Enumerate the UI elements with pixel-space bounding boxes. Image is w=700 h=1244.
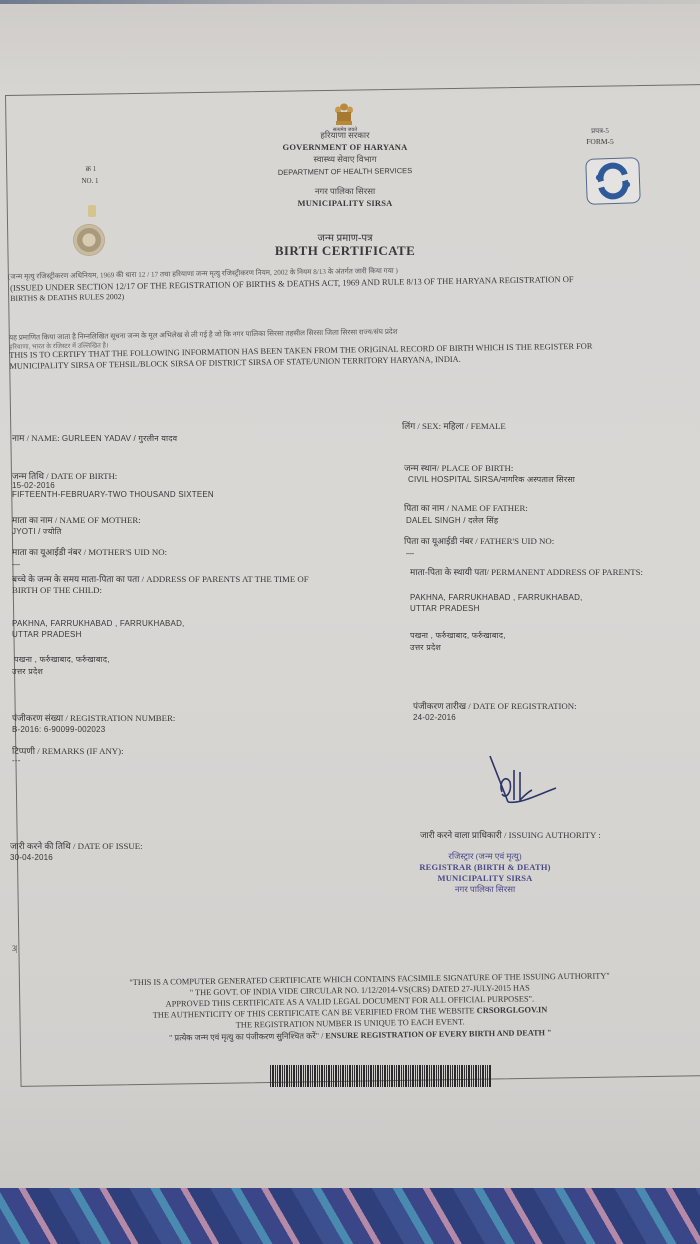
barcode-bar — [272, 1065, 274, 1087]
barcode-bar — [317, 1065, 318, 1087]
barcode-bar — [410, 1065, 411, 1087]
barcode-bar — [296, 1065, 297, 1087]
barcode-bar — [408, 1065, 409, 1087]
barcode-bar — [464, 1065, 465, 1087]
barcode-bar — [433, 1065, 435, 1087]
barcode-bar — [335, 1065, 337, 1087]
barcode-bar — [349, 1065, 351, 1087]
barcode-bar — [419, 1065, 421, 1087]
barcode-bar — [468, 1065, 470, 1087]
barcode-bar — [326, 1065, 327, 1087]
barcode-bar — [345, 1065, 346, 1087]
barcode-bar — [422, 1065, 423, 1087]
barcode-bar — [366, 1065, 367, 1087]
barcode-bar — [389, 1065, 390, 1087]
barcode-bar — [401, 1065, 402, 1087]
barcode-bar — [361, 1065, 362, 1087]
barcode-bar — [354, 1065, 355, 1087]
barcode-bar — [324, 1065, 325, 1087]
barcode-bar — [380, 1065, 381, 1087]
barcode-bar — [333, 1065, 334, 1087]
barcode-bar — [363, 1065, 365, 1087]
barcode-bar — [405, 1065, 407, 1087]
barcode-bar — [352, 1065, 353, 1087]
barcode-bar — [277, 1065, 278, 1087]
footer-slogan-hi: " प्रत्येक जन्म एवं मृत्यु का पंजीकरण सु… — [169, 1031, 323, 1042]
barcode-bar — [305, 1065, 306, 1087]
barcode-bar — [387, 1065, 388, 1087]
barcode-bar — [293, 1065, 295, 1087]
barcode-bar — [450, 1065, 451, 1087]
barcode-bar — [284, 1065, 285, 1087]
barcode-bar — [319, 1065, 320, 1087]
barcode-bar — [415, 1065, 416, 1087]
barcode-bar — [436, 1065, 437, 1087]
barcode-bar — [457, 1065, 458, 1087]
barcode — [270, 1065, 495, 1087]
barcode-bar — [396, 1065, 397, 1087]
barcode-bar — [471, 1065, 472, 1087]
barcode-bar — [338, 1065, 339, 1087]
barcode-bar — [314, 1065, 316, 1087]
barcode-bar — [452, 1065, 453, 1087]
barcode-bar — [321, 1065, 323, 1087]
barcode-bar — [328, 1065, 330, 1087]
barcode-bar — [347, 1065, 348, 1087]
barcode-bar — [473, 1065, 474, 1087]
barcode-bar — [403, 1065, 404, 1087]
barcode-bar — [384, 1065, 386, 1087]
barcode-bar — [300, 1065, 302, 1087]
barcode-bar — [461, 1065, 463, 1087]
barcode-bar — [440, 1065, 442, 1087]
barcode-bar — [342, 1065, 344, 1087]
barcode-bar — [412, 1065, 414, 1087]
barcode-bar — [370, 1065, 372, 1087]
footer-website-link[interactable]: CRSORGI.GOV.IN — [477, 1005, 548, 1015]
barcode-bar — [310, 1065, 311, 1087]
barcode-bar — [375, 1065, 376, 1087]
barcode-bar — [282, 1065, 283, 1087]
barcode-bar — [438, 1065, 439, 1087]
barcode-bar — [356, 1065, 358, 1087]
barcode-bar — [447, 1065, 449, 1087]
barcode-bar — [445, 1065, 446, 1087]
barcode-bar — [286, 1065, 288, 1087]
barcode-bar — [459, 1065, 460, 1087]
barcode-bar — [426, 1065, 428, 1087]
barcode-bar — [480, 1065, 481, 1087]
barcode-bar — [489, 1065, 491, 1087]
barcode-bar — [485, 1065, 486, 1087]
barcode-bar — [424, 1065, 425, 1087]
barcode-bar — [482, 1065, 484, 1087]
barcode-bar — [382, 1065, 383, 1087]
footer-slogan-en: ENSURE REGISTRATION OF EVERY BIRTH AND D… — [325, 1028, 551, 1040]
barcode-bar — [270, 1065, 271, 1087]
barcode-bar — [312, 1065, 313, 1087]
barcode-bar — [466, 1065, 467, 1087]
barcode-bar — [359, 1065, 360, 1087]
barcode-bar — [377, 1065, 379, 1087]
barcode-bar — [394, 1065, 395, 1087]
barcode-bar — [368, 1065, 369, 1087]
barcode-bar — [391, 1065, 393, 1087]
barcode-bar — [417, 1065, 418, 1087]
barcode-bar — [398, 1065, 400, 1087]
barcode-bar — [429, 1065, 430, 1087]
barcode-bar — [340, 1065, 341, 1087]
barcode-bar — [443, 1065, 444, 1087]
barcode-bar — [279, 1065, 281, 1087]
barcode-bar — [373, 1065, 374, 1087]
barcode-bar — [331, 1065, 332, 1087]
barcode-bar — [454, 1065, 456, 1087]
barcode-bar — [298, 1065, 299, 1087]
barcode-bar — [289, 1065, 290, 1087]
barcode-bar — [478, 1065, 479, 1087]
barcode-bar — [431, 1065, 432, 1087]
barcode-bar — [275, 1065, 276, 1087]
barcode-bar — [307, 1065, 309, 1087]
barcode-bar — [487, 1065, 488, 1087]
barcode-bar — [475, 1065, 477, 1087]
barcode-bar — [303, 1065, 304, 1087]
barcode-bar — [291, 1065, 292, 1087]
